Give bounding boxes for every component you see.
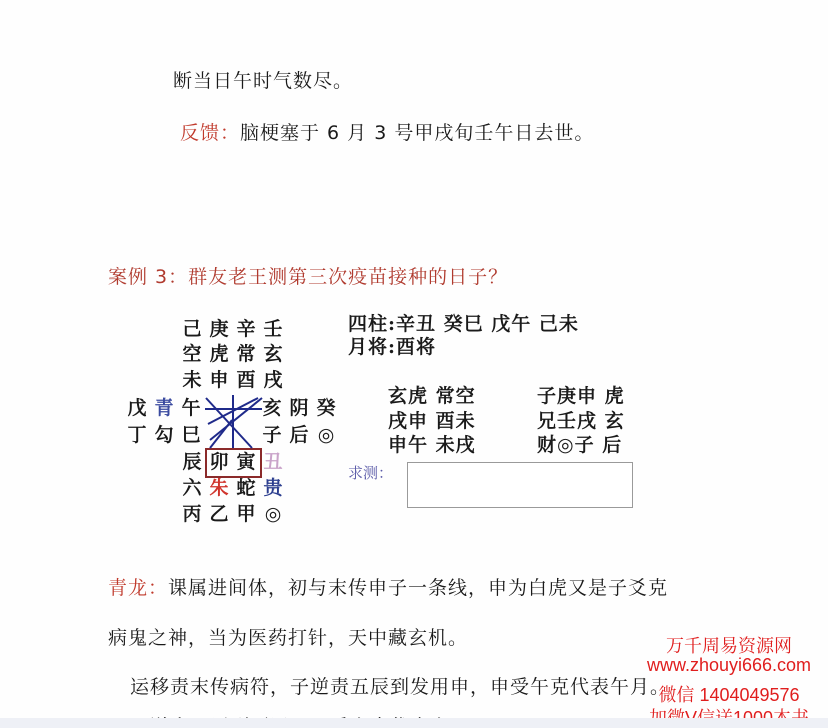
transmission-row: 财◎子 后 (537, 434, 622, 457)
bottom-strip (0, 718, 828, 728)
connection-lines (0, 0, 828, 728)
four-pillars: 四柱:辛丑 癸巳 戊午 己未 (348, 313, 579, 336)
query-label: 求测： (348, 462, 393, 483)
analysis-text: 课属进间体，初与末传申子一条线，申为白虎又是子爻克 (168, 577, 668, 599)
month-general: 月将:酉将 (348, 336, 436, 359)
lesson-row: 玄虎 常空 (388, 385, 476, 408)
analysis-label: 青龙： (108, 577, 168, 599)
lesson-row: 申午 未戌 (388, 434, 476, 457)
analysis-line-3: 运移责末传病符，子逆责五辰到发用申，申受午克代表午月。 (130, 672, 670, 699)
lesson-row: 戌申 酉未 (388, 410, 476, 433)
transmission-row: 子庚申 虎 (537, 385, 625, 408)
transmission-row: 兄壬戌 玄 (537, 410, 625, 433)
query-input[interactable] (407, 462, 633, 508)
watermark-url: www.zhouyi666.com (630, 655, 828, 676)
analysis-line-2: 病鬼之神，当为医药打针，天中藏玄机。 (108, 623, 468, 650)
analysis-line-1: 青龙：课属进间体，初与末传申子一条线，申为白虎又是子爻克 (108, 573, 668, 600)
